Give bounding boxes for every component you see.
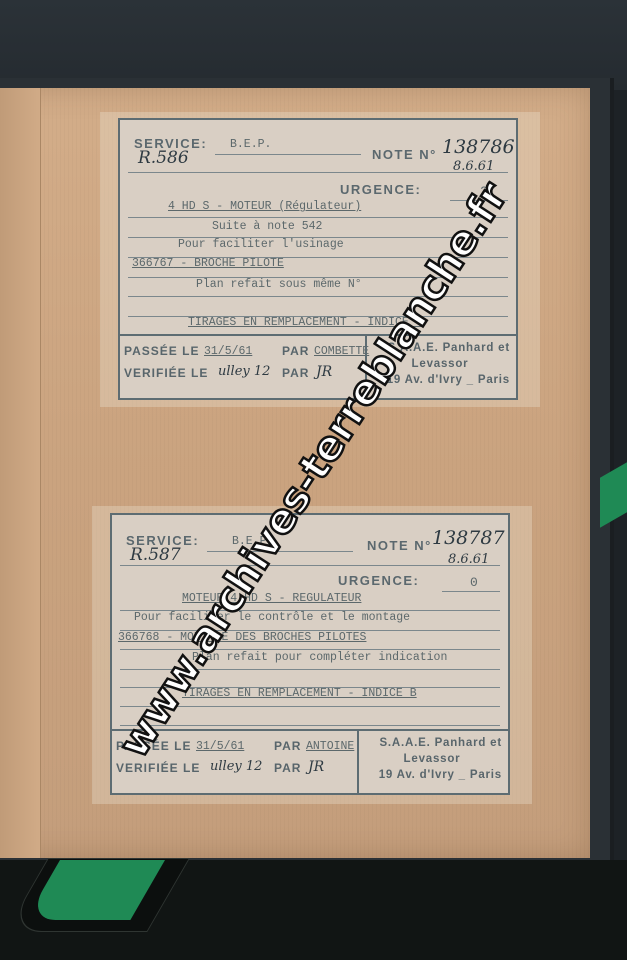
par-label: PAR xyxy=(282,344,309,358)
rule xyxy=(120,565,500,566)
service-value: B.E.P. xyxy=(230,138,271,151)
passee-label: PASSÉE LE xyxy=(124,344,199,358)
note-line: TIRAGES EN REMPLACEMENT - INDICE B xyxy=(182,687,417,700)
background-top xyxy=(0,0,627,90)
par-label: PAR xyxy=(274,739,301,753)
passee-par: ANTOINE xyxy=(306,740,354,753)
note-line: Plan refait sous même N° xyxy=(196,278,362,291)
note-number: 138787 xyxy=(432,527,505,549)
par-label: PAR xyxy=(274,761,301,775)
rule xyxy=(128,172,508,173)
rule xyxy=(442,591,500,592)
note-footer: PASSÉE LE 31/5/61 PAR ANTOINE VERIFIÉE L… xyxy=(112,729,508,793)
note-line: Plan refait pour compléter indication xyxy=(192,651,447,664)
note-line: 4 HD S - MOTEUR (Régulateur) xyxy=(168,200,361,213)
verifiee-label: VERIFIÉE LE xyxy=(116,761,200,775)
passee-date: 31/5/61 xyxy=(204,345,252,358)
urgence-label: URGENCE: xyxy=(340,182,421,197)
note-line: 366768 - MONTAGE DES BROCHES PILOTES xyxy=(118,631,366,644)
note-line: 366767 - BROCHE PILOTE xyxy=(132,257,284,270)
company-address: S.A.A.E. Panhard et Levassor 19 Av. d'Iv… xyxy=(362,735,502,783)
par-label: PAR xyxy=(282,366,309,380)
note-line: Suite à note 542 xyxy=(212,220,322,233)
verifiee-par: JR xyxy=(316,364,332,380)
verifiee-par: JR xyxy=(308,759,324,775)
note-number: 138786 xyxy=(442,136,515,158)
verifiee-date: ulley 12 xyxy=(210,759,262,774)
note-footer: PASSÉE LE 31/5/61 PAR COMBETTE VERIFIÉE … xyxy=(120,334,516,398)
note-label: NOTE N° xyxy=(367,538,432,553)
rule xyxy=(120,725,500,726)
paper-fold xyxy=(0,88,41,858)
passee-date: 31/5/61 xyxy=(196,740,244,753)
verifiee-label: VERIFIÉE LE xyxy=(124,366,208,380)
service-ref: R.586 xyxy=(138,148,189,168)
note-line: Pour faciliter l'usinage xyxy=(178,238,344,251)
note-line: Pour faciliter le contrôle et le montage xyxy=(134,611,410,624)
urgence-label: URGENCE: xyxy=(338,573,419,588)
note-label: NOTE N° xyxy=(372,147,437,162)
rule xyxy=(215,154,361,155)
urgence-value: 0 xyxy=(470,575,478,590)
verifiee-date: ulley 12 xyxy=(218,364,270,379)
footer-separator xyxy=(357,731,359,793)
service-ref: R.587 xyxy=(130,545,181,565)
